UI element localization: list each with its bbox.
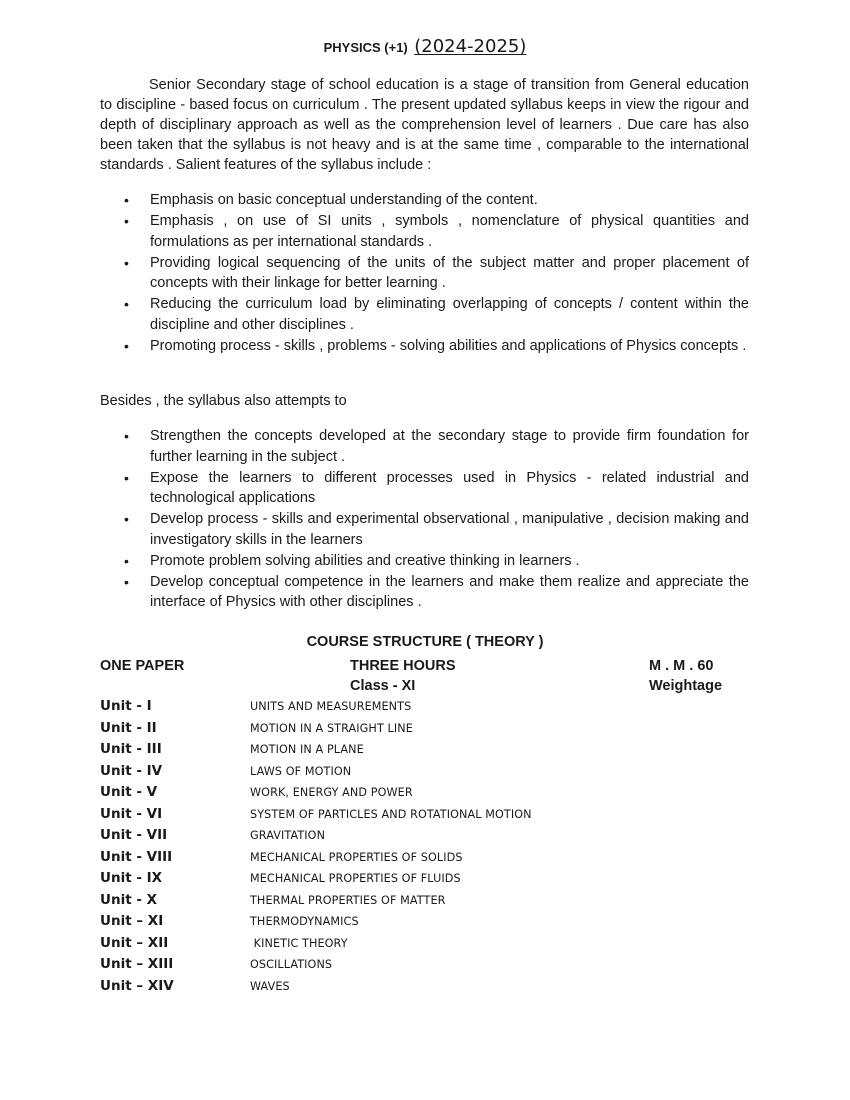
unit-row: Unit - IIIMOTION IN A PLANE (100, 741, 760, 763)
bullet-icon: • (124, 551, 129, 572)
unit-name: KINETIC THEORY (250, 937, 348, 950)
features-list: •Emphasis on basic conceptual understand… (100, 190, 749, 357)
unit-row: Unit - VISYSTEM OF PARTICLES AND ROTATIO… (100, 806, 760, 828)
unit-row: Unit - VWORK, ENERGY AND POWER (100, 784, 760, 806)
unit-name: WORK, ENERGY AND POWER (250, 786, 413, 799)
unit-row: Unit - IVLAWS OF MOTION (100, 763, 760, 785)
unit-row: Unit – XIVWAVES (100, 978, 760, 1000)
unit-row: Unit - VIIGRAVITATION (100, 827, 760, 849)
unit-label: Unit – XIII (100, 956, 173, 972)
unit-row: Unit - XTHERMAL PROPERTIES OF MATTER (100, 892, 760, 914)
unit-label: Unit - III (100, 741, 162, 757)
unit-name: WAVES (250, 980, 290, 993)
document-title: PHYSICS (+1) (2024-2025) (0, 36, 850, 57)
list-item: •Reducing the curriculum load by elimina… (100, 294, 749, 335)
bullet-icon: • (124, 336, 129, 357)
intro-paragraph: Senior Secondary stage of school educati… (100, 75, 749, 175)
besides-paragraph: Besides , the syllabus also attempts to (100, 391, 749, 411)
bullet-icon: • (124, 509, 129, 530)
duration-label: THREE HOURS (350, 658, 456, 674)
unit-name: MECHANICAL PROPERTIES OF SOLIDS (250, 851, 463, 864)
unit-label: Unit – XI (100, 913, 163, 929)
unit-label: Unit - VI (100, 806, 162, 822)
bullet-icon: • (124, 190, 129, 211)
list-item: •Develop process - skills and experiment… (100, 509, 749, 550)
bullet-icon: • (124, 572, 129, 593)
unit-label: Unit - IV (100, 763, 162, 779)
list-item: •Strengthen the concepts developed at th… (100, 426, 749, 467)
list-item: •Promote problem solving abilities and c… (100, 551, 749, 572)
unit-label: Unit - V (100, 784, 157, 800)
unit-row: Unit – XITHERMODYNAMICS (100, 913, 760, 935)
class-label: Class - XI (350, 678, 415, 694)
list-item: •Emphasis , on use of SI units , symbols… (100, 211, 749, 252)
paper-label: ONE PAPER (100, 658, 184, 674)
unit-row: Unit - VIIIMECHANICAL PROPERTIES OF SOLI… (100, 849, 760, 871)
bullet-icon: • (124, 211, 129, 232)
unit-label: Unit - X (100, 892, 157, 908)
list-item: •Providing logical sequencing of the uni… (100, 253, 749, 294)
unit-label: Unit – XII (100, 935, 168, 951)
units-list: Unit - IUNITS AND MEASUREMENTS Unit - II… (100, 698, 760, 999)
unit-row: Unit – XIIIOSCILLATIONS (100, 956, 760, 978)
unit-label: Unit – XIV (100, 978, 174, 994)
subject-title: PHYSICS (+1) (324, 40, 408, 55)
attempts-list: •Strengthen the concepts developed at th… (100, 426, 749, 613)
unit-label: Unit - IX (100, 870, 162, 886)
unit-row: Unit – XII KINETIC THEORY (100, 935, 760, 957)
unit-name: UNITS AND MEASUREMENTS (250, 700, 411, 713)
bullet-icon: • (124, 253, 129, 274)
unit-name: THERMODYNAMICS (250, 915, 359, 928)
list-item: •Expose the learners to different proces… (100, 468, 749, 509)
unit-label: Unit - VIII (100, 849, 172, 865)
unit-row: Unit - IXMECHANICAL PROPERTIES OF FLUIDS (100, 870, 760, 892)
bullet-icon: • (124, 468, 129, 489)
unit-name: MOTION IN A PLANE (250, 743, 364, 756)
unit-label: Unit - I (100, 698, 152, 714)
unit-name: THERMAL PROPERTIES OF MATTER (250, 894, 446, 907)
list-item: •Promoting process - skills , problems -… (100, 336, 749, 357)
max-marks-label: M . M . 60 (649, 658, 713, 674)
unit-name: SYSTEM OF PARTICLES AND ROTATIONAL MOTIO… (250, 808, 532, 821)
unit-name: MECHANICAL PROPERTIES OF FLUIDS (250, 872, 461, 885)
unit-row: Unit - IUNITS AND MEASUREMENTS (100, 698, 760, 720)
unit-name: OSCILLATIONS (250, 958, 332, 971)
unit-name: LAWS OF MOTION (250, 765, 351, 778)
unit-row: Unit - IIMOTION IN A STRAIGHT LINE (100, 720, 760, 742)
session-year: (2024-2025) (414, 36, 526, 57)
bullet-icon: • (124, 294, 129, 315)
bullet-icon: • (124, 426, 129, 447)
course-structure-title: COURSE STRUCTURE ( THEORY ) (0, 634, 850, 650)
unit-name: GRAVITATION (250, 829, 325, 842)
list-item: •Emphasis on basic conceptual understand… (100, 190, 749, 211)
list-item: •Develop conceptual competence in the le… (100, 572, 749, 613)
unit-name: MOTION IN A STRAIGHT LINE (250, 722, 413, 735)
unit-label: Unit - II (100, 720, 157, 736)
weightage-label: Weightage (649, 678, 722, 694)
unit-label: Unit - VII (100, 827, 167, 843)
